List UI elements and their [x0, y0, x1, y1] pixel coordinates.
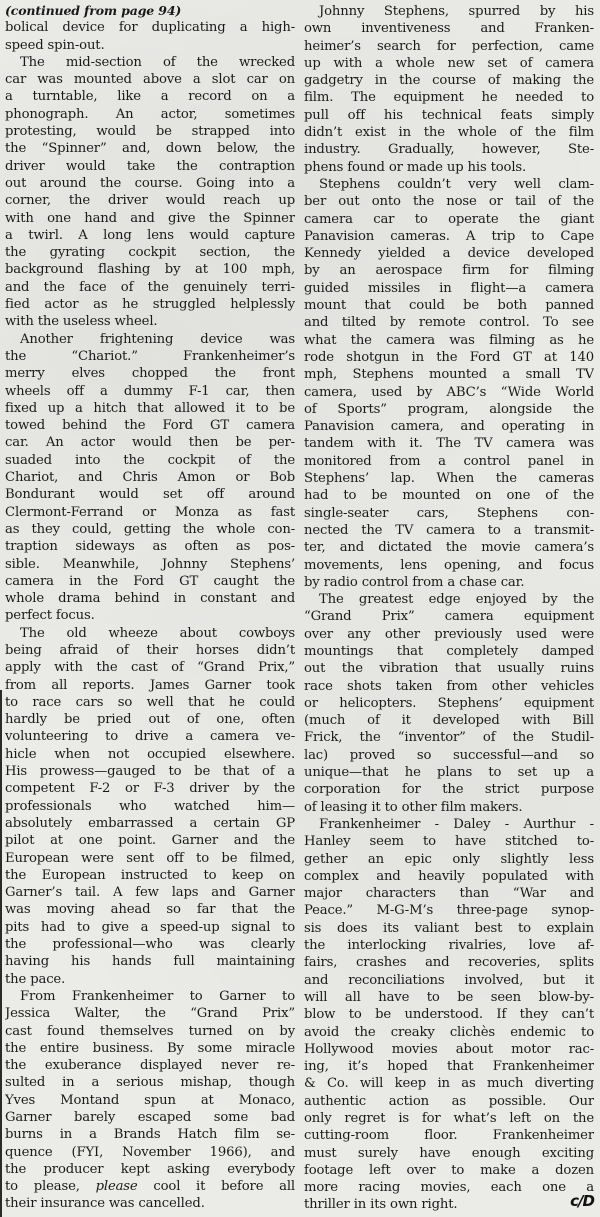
text-line: bolical device for duplicating a high-: [5, 19, 295, 36]
text-line: avoid the creaky clichès endemic to: [304, 1024, 594, 1041]
text-line: perfect focus.: [5, 607, 295, 624]
text-line: Bondurant would set off around: [5, 486, 295, 503]
text-line: a twirl. A long lens would capture: [5, 227, 295, 244]
text-line: Jessica Walter, the “Grand Prix”: [5, 1005, 295, 1022]
text-line: Hollywood movies about motor rac-: [304, 1041, 594, 1058]
text-line: gether an epic only slightly less: [304, 851, 594, 868]
text-line: didn’t exist in the whole of the film: [304, 124, 594, 141]
text-line: Frankenheimer - Daley - Aurthur -: [304, 816, 594, 833]
text-line: race shots taken from other vehicles: [304, 678, 594, 695]
text-line: the producer kept asking everybody: [5, 1161, 295, 1178]
text-line: over any other previously used were: [304, 626, 594, 643]
text-line: only regret is for what’s left on the: [304, 1110, 594, 1127]
text-line: absolutely embarrassed a certain GP: [5, 815, 295, 832]
right-column-text: Johnny Stephens, spurred by hisown inven…: [304, 3, 594, 1214]
text-line: the European instructed to keep on: [5, 867, 295, 884]
text-line: being afraid of their horses didn’t: [5, 642, 295, 659]
text-line: Panavision camera, and operating in: [304, 418, 594, 435]
text-line: must surely have enough exciting: [304, 1145, 594, 1162]
text-line: ing, it’s hoped that Frankenheimer: [304, 1058, 594, 1075]
text-line: own inventiveness and Franken-: [304, 20, 594, 37]
text-line: (much of it developed with Bill: [304, 712, 594, 729]
text-line: and tilted by remote control. To see: [304, 314, 594, 331]
text-line: Frick, the “inventor” of the Studil-: [304, 729, 594, 746]
text-line: blow to be understood. If they can’t: [304, 1006, 594, 1023]
text-line: protesting, would be strapped into: [5, 123, 295, 140]
text-line: competent F-2 or F-3 driver by the: [5, 780, 295, 797]
text-line: hardly be pried out of one, often: [5, 711, 295, 728]
text-line: guided missiles in flight—a camera: [304, 280, 594, 297]
text-line: complex and heavily populated with: [304, 868, 594, 885]
text-line: cast found themselves turned on by: [5, 1023, 295, 1040]
text-line: background flashing by at 100 mph,: [5, 261, 295, 278]
text-line: as they could, getting the whole con-: [5, 521, 295, 538]
text-line: the entire business. By some miracle: [5, 1040, 295, 1057]
text-line: authentic action as possible. Our: [304, 1093, 594, 1110]
column-rule: [0, 690, 2, 1217]
text-line: From Frankenheimer to Garner to: [5, 988, 295, 1005]
magazine-page: (continued from page 94) bolical device …: [0, 0, 600, 1217]
text-line: apply with the cast of “Grand Prix,”: [5, 659, 295, 676]
text-line: Yves Montand spun at Monaco,: [5, 1092, 295, 1109]
text-line: Johnny Stephens, spurred by his: [304, 3, 594, 20]
emphasis-text: please: [96, 1179, 138, 1194]
text-line: with the useless wheel.: [5, 313, 295, 330]
left-column-text: bolical device for duplicating a high-sp…: [5, 19, 295, 1212]
text-line: camera in the Ford GT caught the: [5, 573, 295, 590]
text-line: pilot at one point. Garner and the: [5, 832, 295, 849]
text-line: and reconciliations involved, but it: [304, 972, 594, 989]
text-line: and the face of the genuinely terri-: [5, 279, 295, 296]
text-line: a turntable, like a record on a: [5, 88, 295, 105]
text-line: camera car to operate the giant: [304, 211, 594, 228]
text-line: by an aerospace firm for filming: [304, 262, 594, 279]
text-line: their insurance was cancelled.: [5, 1195, 295, 1212]
text-line: Stephens couldn’t very well clam-: [304, 176, 594, 193]
text-line: from all reports. James Garner took: [5, 677, 295, 694]
text-line: to race cars so well that he could: [5, 694, 295, 711]
text-line: whole drama behind in constant and: [5, 590, 295, 607]
text-line: camera, used by ABC’s “Wide World: [304, 384, 594, 401]
text-line: car was mounted above a slot car on: [5, 71, 295, 88]
text-line: sible. Meanwhile, Johnny Stephens’: [5, 556, 295, 573]
text-line: mph, Stephens mounted a small TV: [304, 366, 594, 383]
text-line: with one hand and give the Spinner: [5, 210, 295, 227]
text-line: monitored from a control panel in: [304, 453, 594, 470]
text-line: wheels off a dummy F-1 car, then: [5, 383, 295, 400]
text-line: out the vibration that usually ruins: [304, 660, 594, 677]
text-line: professionals who watched him—: [5, 798, 295, 815]
text-line: sulted in a serious mishap, though: [5, 1074, 295, 1091]
text-line: car. An actor would then be per-: [5, 434, 295, 451]
text-line: traption sideways as often as pos-: [5, 538, 295, 555]
text-line: what the camera was filming as he: [304, 332, 594, 349]
text-line: phens found or made up his tools.: [304, 159, 594, 176]
text-line: rode shotgun in the Ford GT at 140: [304, 349, 594, 366]
text-line: merry elves chopped the front: [5, 365, 295, 382]
text-line: Peace.” M-G-M’s three-page synop-: [304, 902, 594, 919]
text-line: out around the course. Going into a: [5, 175, 295, 192]
text-line: Stephens’ lap. When the cameras: [304, 470, 594, 487]
text-line: driver would take the contraption: [5, 158, 295, 175]
text-line: hicle when not occupied elsewhere.: [5, 746, 295, 763]
text-line: heimer’s search for perfection, came: [304, 38, 594, 55]
text-line: of Sports” program, alongside the: [304, 401, 594, 418]
text-line: unique—that he plans to set up a: [304, 764, 594, 781]
text-line: Garner’s tail. A few laps and Garner: [5, 884, 295, 901]
text-line: movements, lens opening, and focus: [304, 557, 594, 574]
text-line: “Grand Prix” camera equipment: [304, 608, 594, 625]
text-line: His prowess—gauged to be that of a: [5, 763, 295, 780]
text-line: the exuberance displayed never re-: [5, 1057, 295, 1074]
text-segment: to please,: [5, 1179, 96, 1194]
article-column-left: (continued from page 94) bolical device …: [5, 2, 295, 1213]
text-line: the gyrating cockpit section, the: [5, 244, 295, 261]
text-line: European were sent off to be filmed,: [5, 850, 295, 867]
text-line: corner, the driver would reach up: [5, 192, 295, 209]
text-line: or helicopters. Stephens’ equipment: [304, 695, 594, 712]
text-line: burns in a Brands Hatch film se-: [5, 1126, 295, 1143]
text-line: was moving ahead so far that the: [5, 901, 295, 918]
text-line: the “Spinner” and, down below, the: [5, 140, 295, 157]
text-line: nected the TV camera to a transmit-: [304, 522, 594, 539]
text-line: thriller in its own right.: [304, 1196, 594, 1213]
text-line: by radio control from a chase car.: [304, 574, 594, 591]
text-line: of leasing it to other film makers.: [304, 799, 594, 816]
text-line: volunteering to drive a camera ve-: [5, 728, 295, 745]
text-line: the interlocking rivalries, love af-: [304, 937, 594, 954]
text-line: towed behind the Ford GT camera: [5, 417, 295, 434]
text-line: phonograph. An actor, sometimes: [5, 106, 295, 123]
text-line: pits had to give a speed-up signal to: [5, 919, 295, 936]
text-line: mountings that completely damped: [304, 643, 594, 660]
text-line: corporation for the strict purpose: [304, 781, 594, 798]
text-line: the professional—who was clearly: [5, 936, 295, 953]
text-line: ter, and dictated the movie camera’s: [304, 539, 594, 556]
text-line: Panavision cameras. A trip to Cape: [304, 228, 594, 245]
text-line: film. The equipment he needed to: [304, 89, 594, 106]
text-line: fixed up a hitch that allowed it to be: [5, 400, 295, 417]
text-line: The mid-section of the wrecked: [5, 54, 295, 71]
text-line: pull off his technical feats simply: [304, 107, 594, 124]
text-line: up with a whole new set of camera: [304, 55, 594, 72]
text-line: Garner barely escaped some bad: [5, 1109, 295, 1126]
text-line: Chariot, and Chris Amon or Bob: [5, 469, 295, 486]
text-line: fairs, crashes and recoveries, splits: [304, 954, 594, 971]
text-line: quence (FYI, November 1966), and: [5, 1144, 295, 1161]
text-line: & Co. will keep in as much diverting: [304, 1075, 594, 1092]
text-line: The greatest edge enjoyed by the: [304, 591, 594, 608]
text-line: single-seater cars, Stephens con-: [304, 505, 594, 522]
continued-from-note: (continued from page 94): [5, 2, 295, 19]
text-line: had to be mounted on one of the: [304, 487, 594, 504]
text-line: lac) proved so successful—and so: [304, 747, 594, 764]
text-line: footage left over to make a dozen: [304, 1162, 594, 1179]
text-line: industry. Gradually, however, Ste-: [304, 141, 594, 158]
text-line: gadgetry in the course of making the: [304, 72, 594, 89]
text-line: having his hands full maintaining: [5, 953, 295, 970]
text-line: Hanley seem to have stitched to-: [304, 833, 594, 850]
text-line: the “Chariot.” Frankenheimer’s: [5, 348, 295, 365]
text-line: The old wheeze about cowboys: [5, 625, 295, 642]
text-line: Clermont-Ferrand or Monza as fast: [5, 504, 295, 521]
text-line: sis does its valiant best to explain: [304, 920, 594, 937]
text-line: suaded into the cockpit of the: [5, 452, 295, 469]
text-line: ber out onto the nose or tail of the: [304, 193, 594, 210]
text-line: speed spin-out.: [5, 37, 295, 54]
text-segment: cool it before all: [138, 1179, 295, 1194]
text-line: fied actor as he struggled helplessly: [5, 296, 295, 313]
text-line: Kennedy yielded a device developed: [304, 245, 594, 262]
text-line: to please, please cool it before all: [5, 1178, 295, 1195]
text-line: mount that could be both panned: [304, 297, 594, 314]
text-line: Another frightening device was: [5, 331, 295, 348]
text-line: the pace.: [5, 971, 295, 988]
text-line: will all have to be seen blow-by-: [304, 989, 594, 1006]
article-column-right: Johnny Stephens, spurred by hisown inven…: [304, 3, 594, 1214]
car-and-driver-logo: c/D: [570, 1192, 594, 1210]
text-line: more racing movies, each one a: [304, 1179, 594, 1196]
text-line: tandem with it. The TV camera was: [304, 435, 594, 452]
text-line: cutting-room floor. Frankenheimer: [304, 1127, 594, 1144]
text-line: major characters than “War and: [304, 885, 594, 902]
